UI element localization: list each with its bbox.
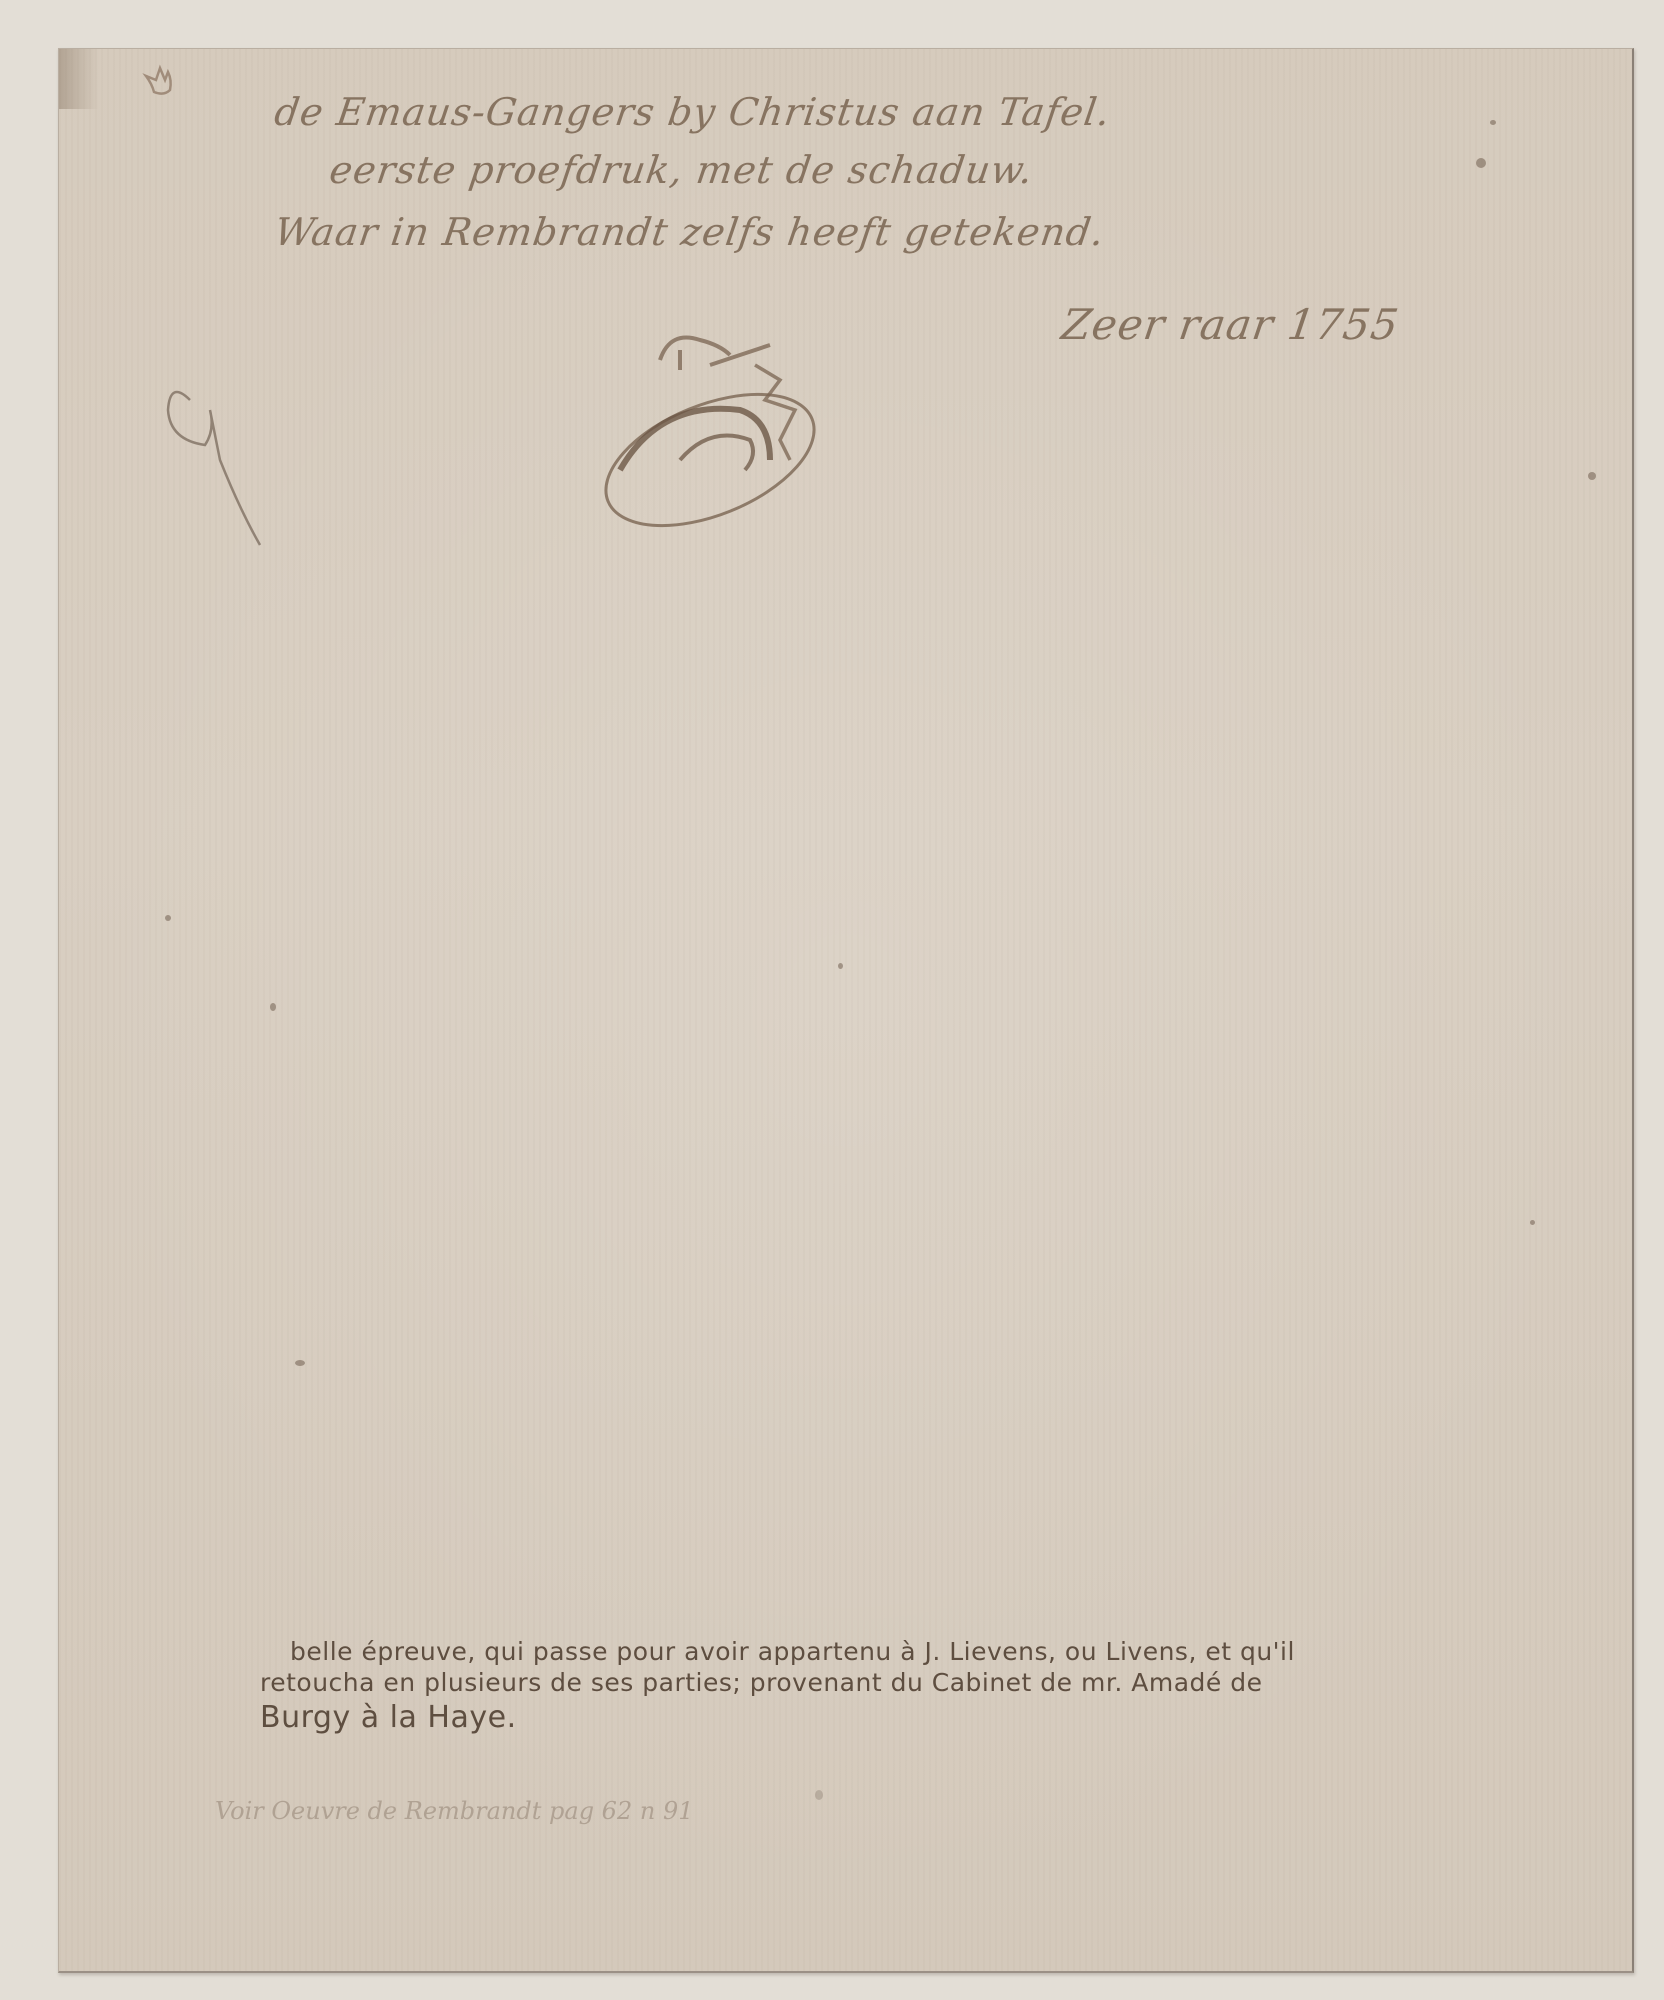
foxing-spot [838, 963, 843, 969]
foxing-spot [270, 1003, 276, 1011]
foxing-spot [815, 1790, 823, 1800]
inscription-line-3: Waar in Rembrandt zelfs heeft getekend. [272, 210, 1108, 254]
foxing-spot [1588, 472, 1596, 480]
french-note-line-1: belle épreuve, qui passe pour avoir appa… [290, 1637, 1295, 1666]
margin-g-mark [160, 370, 270, 550]
rarity-note: Zeer raar 1755 [1059, 300, 1403, 349]
crown-stamp-icon [140, 62, 180, 102]
foxing-spot [165, 915, 171, 921]
french-note-line-2: retoucha en plusieurs de ses parties; pr… [260, 1668, 1262, 1697]
inscription-line-2: eerste proefdruk, met de schaduw. [327, 148, 1036, 192]
collector-paraph-mark [580, 310, 880, 530]
foxing-spot [1490, 120, 1496, 125]
foxing-spot [1530, 1220, 1535, 1225]
foxing-spot [1476, 158, 1486, 168]
french-note-line-3: Burgy à la Haye. [260, 1700, 517, 1735]
inscription-line-1: de Emaus-Gangers by Christus aan Tafel. [272, 90, 1114, 134]
reference-note: Voir Oeuvre de Rembrandt pag 62 n 91 [215, 1797, 693, 1825]
foxing-spot [295, 1360, 305, 1366]
paper-corner-stain [59, 49, 99, 109]
